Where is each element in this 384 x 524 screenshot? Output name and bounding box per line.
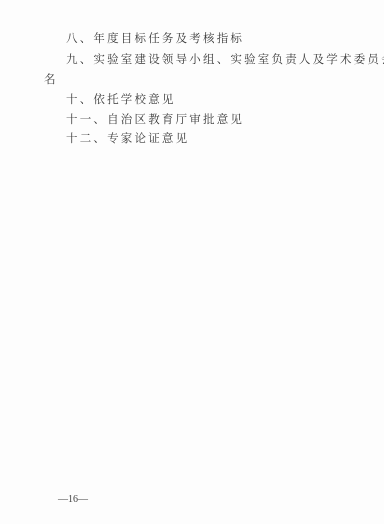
- section-heading-8: 八、年度目标任务及考核指标: [66, 31, 244, 45]
- section-heading-9-continuation: 名: [44, 72, 58, 86]
- section-heading-11: 十一、自治区教育厅审批意见: [66, 112, 244, 126]
- section-heading-9: 九、实验室建设领导小组、实验室负责人及学术委员会的提: [66, 52, 384, 66]
- section-heading-12: 十二、专家论证意见: [66, 131, 189, 145]
- page-number: —16—: [58, 494, 88, 505]
- document-page: 八、年度目标任务及考核指标 九、实验室建设领导小组、实验室负责人及学术委员会的提…: [0, 0, 384, 524]
- section-heading-10: 十、依托学校意见: [66, 92, 176, 106]
